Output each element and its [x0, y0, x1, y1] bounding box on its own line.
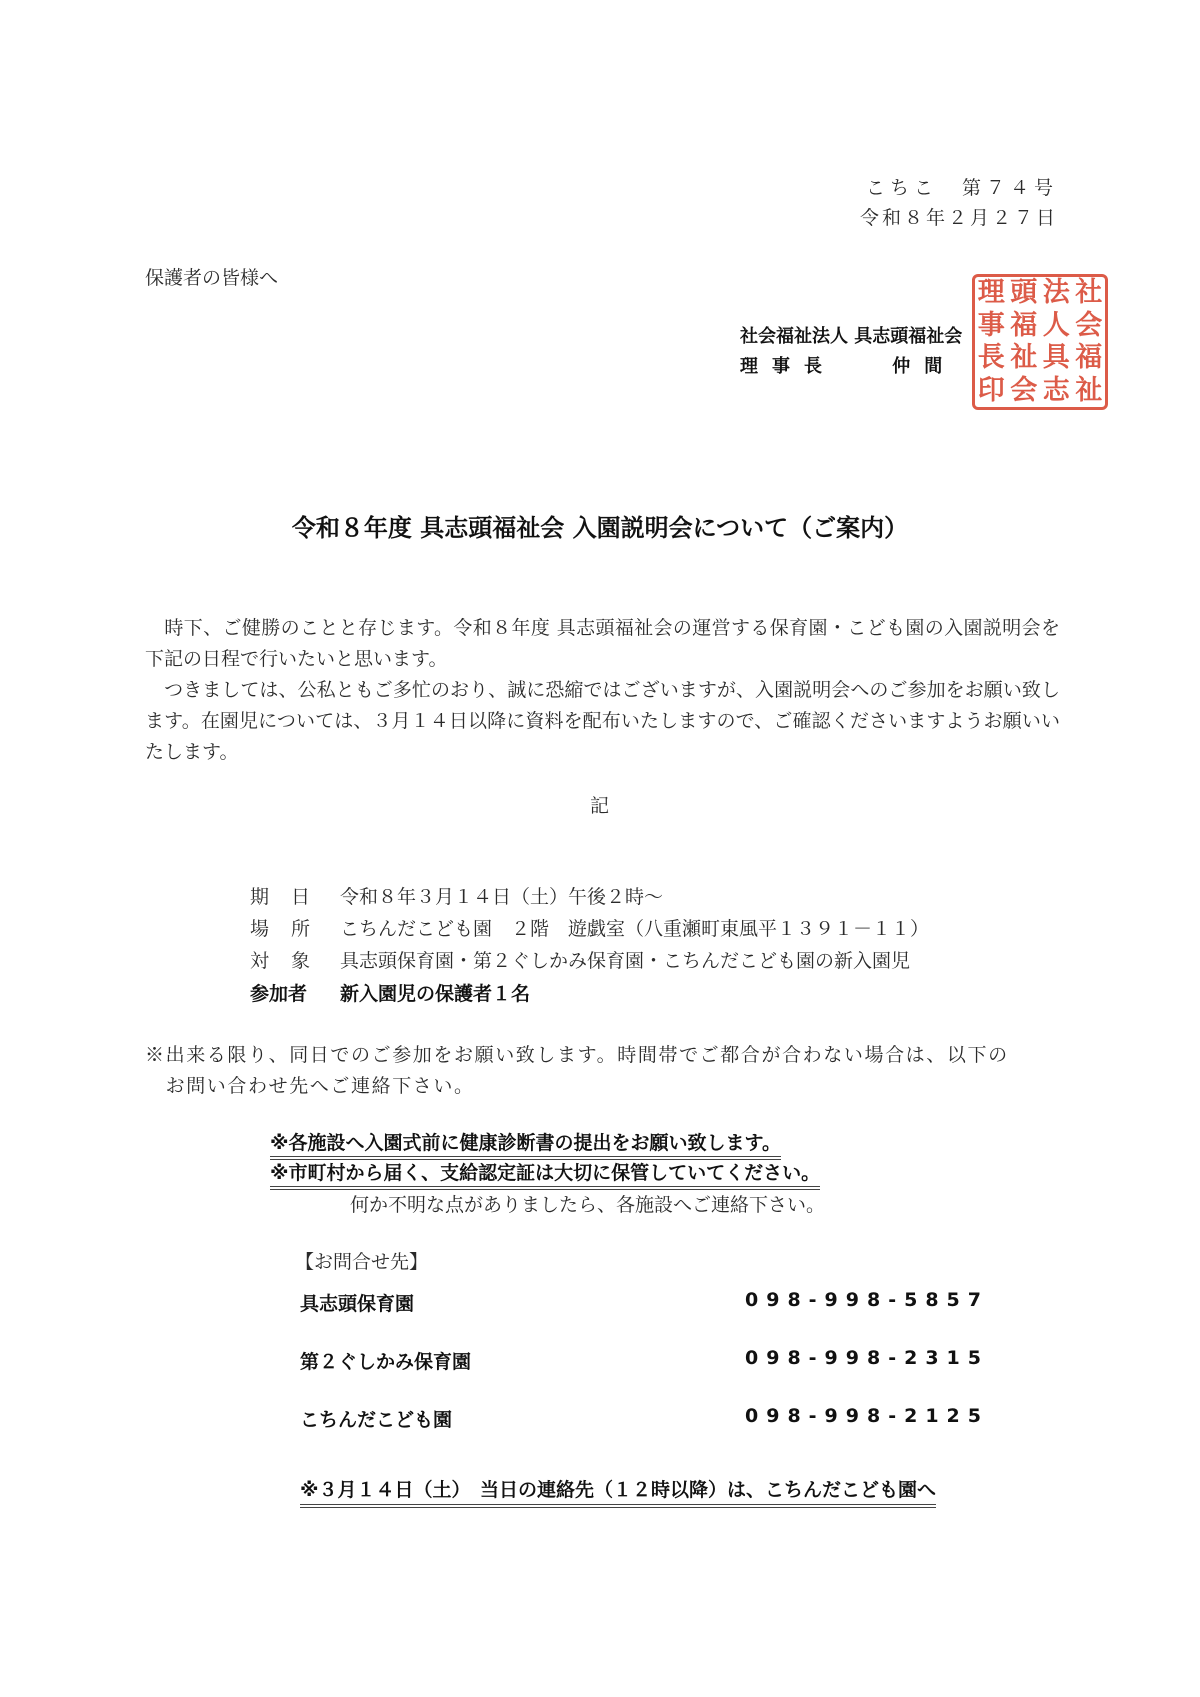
health-certificate-notice: ※各施設へ入園式前に健康診断書の提出をお願い致します。 [270, 1128, 781, 1160]
attendance-note: ※出来る限り、同日でのご参加をお願い致します。時間帯でご都合が合わない場合は、以… [145, 1040, 1060, 1102]
detail-label: 対象 [250, 946, 334, 973]
contact-name: 具志頭保育園 [300, 1289, 414, 1316]
seal-char: 法 [1040, 277, 1073, 310]
detail-label: 参加者 [250, 979, 334, 1006]
sender-title-label: 理事長 [740, 356, 836, 377]
contact-name: 第２ぐしかみ保育園 [300, 1347, 471, 1374]
detail-value: 具志頭保育園・第２ぐしかみ保育園・こちんだこども園の新入園児 [340, 950, 910, 972]
body-paragraph-2: つきましては、公私ともご多忙のおり、誠に恐縮ではございますが、入園説明会へのご参… [145, 675, 1060, 768]
sender-name: 仲間 [892, 356, 956, 377]
document-number: こちこ 第７４号 [866, 173, 1058, 200]
contact-phone: 098-998-5857 [745, 1289, 989, 1311]
seal-char: 祉 [1008, 342, 1041, 375]
detail-row-participant: 参加者 新入園児の保護者１名 [250, 979, 530, 1006]
detail-row-place: 場所 こちんだこども園 ２階 遊戯室（八重瀬町東風平１３９１－１１） [250, 914, 929, 941]
questions-note: 何か不明な点がありましたら、各施設へご連絡下さい。 [350, 1190, 825, 1217]
contact-name: こちんだこども園 [300, 1405, 452, 1432]
detail-value: 新入園児の保護者１名 [340, 983, 530, 1005]
seal-char: 祉 [1073, 375, 1106, 408]
seal-char: 印 [975, 375, 1008, 408]
detail-row-date: 期日 令和８年３月１４日（土）午後２時～ [250, 882, 663, 909]
seal-char: 福 [1008, 310, 1041, 343]
body-paragraph-1: 時下、ご健勝のことと存じます。令和８年度 具志頭福祉会の運営する保育園・こども園… [145, 613, 1060, 675]
detail-label: 場所 [250, 914, 334, 941]
sender-title-line: 理事長 仲間 [740, 352, 956, 378]
sender-organization: 社会福祉法人 具志頭福祉会 [740, 322, 962, 348]
contact-heading: 【お問合せ先】 [295, 1247, 428, 1274]
seal-char: 会 [1008, 375, 1041, 408]
ki-heading: 記 [590, 791, 609, 818]
official-seal-stamp: 理 頭 法 社 事 福 人 会 長 祉 具 福 印 会 志 祉 [972, 274, 1108, 410]
detail-row-target: 対象 具志頭保育園・第２ぐしかみ保育園・こちんだこども園の新入園児 [250, 946, 910, 973]
detail-value: こちんだこども園 ２階 遊戯室（八重瀬町東風平１３９１－１１） [340, 918, 929, 940]
recipient: 保護者の皆様へ [145, 263, 278, 290]
seal-char: 頭 [1008, 277, 1041, 310]
detail-label: 期日 [250, 882, 334, 909]
seal-char: 福 [1073, 342, 1106, 375]
benefit-certificate-notice: ※市町村から届く、支給認定証は大切に保管していてください。 [270, 1158, 820, 1190]
detail-value: 令和８年３月１４日（土）午後２時～ [340, 886, 663, 908]
seal-char: 会 [1073, 310, 1106, 343]
day-of-contact-note: ※３月１４日（土） 当日の連絡先（１２時以降）は、こちんだこども園へ [300, 1475, 936, 1508]
seal-char: 理 [975, 277, 1008, 310]
document-title: 令和８年度 具志頭福祉会 入園説明会について（ご案内） [0, 508, 1200, 543]
document-date: 令和８年２月２７日 [860, 203, 1058, 230]
seal-char: 具 [1040, 342, 1073, 375]
seal-char: 事 [975, 310, 1008, 343]
contact-phone: 098-998-2125 [745, 1405, 989, 1427]
seal-char: 長 [975, 342, 1008, 375]
contact-phone: 098-998-2315 [745, 1347, 989, 1369]
seal-char: 志 [1040, 375, 1073, 408]
seal-char: 社 [1073, 277, 1106, 310]
seal-char: 人 [1040, 310, 1073, 343]
